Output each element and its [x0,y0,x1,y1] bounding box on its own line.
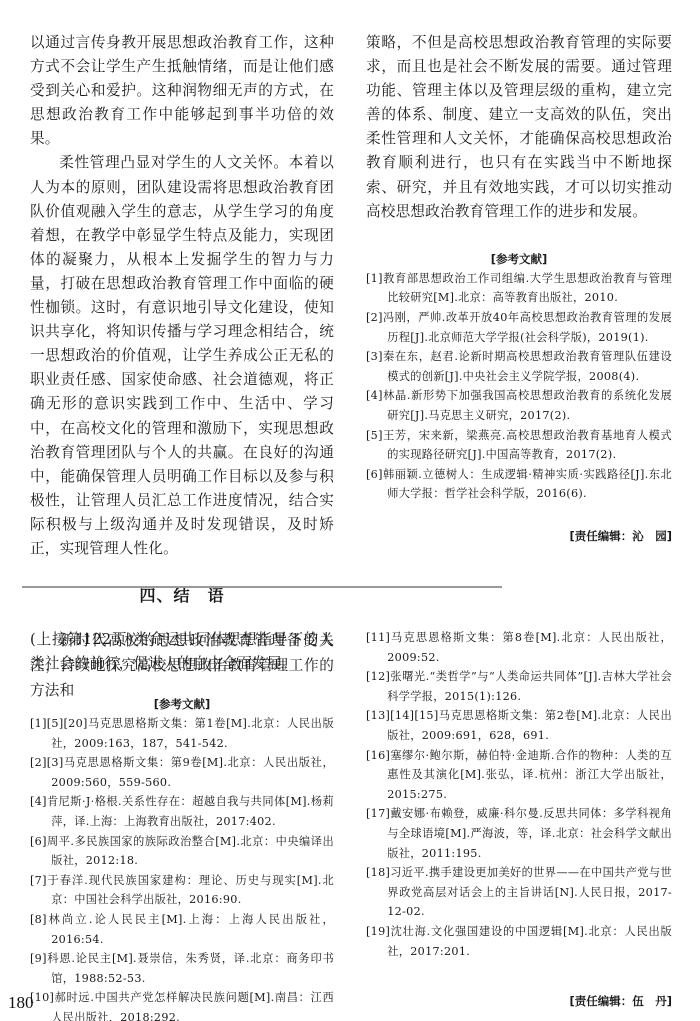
top-right-column: 策略，不但是高校思想政治教育管理的实际要求，而且也是社会不断发展的需要。通过管理… [366,31,672,544]
references-title: [参考文献] [30,696,334,712]
body-paragraph: 以通过言传身教开展思想政治教育工作，这种方式不会让学生产生抵触情绪，而是让他们感… [30,31,334,151]
reference-item: [18]习近平.携手建设更加美好的世界——在中国共产党与世界政党高层对话会上的主… [366,863,672,922]
responsible-editor: [责任编辑：伍 丹] [366,993,672,1009]
reference-item: [16]塞缪尔·鲍尔斯，赫伯特·金迪斯.合作的物种：人类的互惠性及其演化[M].… [366,746,672,805]
reference-item: [6]韩丽颖.立德树人：生成逻辑·精神实质·实践路径[J].东北师大学报：哲学社… [366,465,672,504]
reference-item: [6]周平.多民族国家的族际政治整合[M].北京：中央编译出版社，2012:18… [30,832,334,871]
top-left-column: 以通过言传身教开展思想政治教育工作，这种方式不会让学生产生抵触情绪，而是让他们感… [30,31,334,703]
reference-item: [11]马克思恩格斯文集：第8卷[M].北京：人民出版社，2009:52. [366,628,672,667]
references-list: [1][5][20]马克思恩格斯文集：第1卷[M].北京：人民出版社，2009:… [30,714,334,1021]
reference-item: [13][14][15]马克思恩格斯文集：第2卷[M].北京：人民出版社，200… [366,706,672,745]
body-paragraph: 柔性管理凸显对学生的人文关怀。本着以人为本的原则，团队建设需将思想政治教育团队价… [30,151,334,561]
reference-item: [1][5][20]马克思恩格斯文集：第1卷[M].北京：人民出版社，2009:… [30,714,334,753]
reference-item: [2]冯刚，严帅.改革开放40年高校思想政治教育管理的发展历程[J].北京师范大… [366,308,672,347]
body-paragraph: 策略，不但是高校思想政治教育管理的实际要求，而且也是社会不断发展的需要。通过管理… [366,31,672,224]
reference-item: [2][3]马克思恩格斯文集：第9卷[M].北京：人民出版社，2009:560，… [30,753,334,792]
continuation-paragraph: (上接第122页)类命运共同体思想指导下的人类社会的前行，促进人的自由全面发展。 [30,628,334,676]
references-title: [参考文献] [366,251,672,267]
references-list: [1]教育部思想政治工作司组编.大学生思想政治教育与管理比较研究[M].北京：高… [366,269,672,504]
references-list: [11]马克思恩格斯文集：第8卷[M].北京：人民出版社，2009:52. [1… [366,628,672,961]
page-number: 180 [8,993,34,1013]
bottom-left-column: (上接第122页)类命运共同体思想指导下的人类社会的前行，促进人的自由全面发展。… [30,628,334,1021]
reference-item: [3]秦在东，赵君.论新时期高校思想政治教育管理队伍建设模式的创新[J].中央社… [366,347,672,386]
reference-item: [8]林尚立.论人民民主[M].上海：上海人民出版社，2016:54. [30,910,334,949]
reference-item: [5]王芳，宋来新，梁燕亮.高校思想政治教育基地育人模式的实现路径研究[J].中… [366,426,672,465]
reference-item: [19]沈壮海.文化强国建设的中国逻辑[M].北京：人民出版社，2017:201… [366,922,672,961]
reference-item: [10]郝时远.中国共产党怎样解决民族问题[M].南昌：江西人民出版社，2018… [30,988,334,1021]
reference-item: [7]于春洋.现代民族国家建构：理论、历史与现实[M].北京：中国社会科学出版社… [30,871,334,910]
reference-item: [1]教育部思想政治工作司组编.大学生思想政治教育与管理比较研究[M].北京：高… [366,269,672,308]
reference-item: [4]林晶.新形势下加强我国高校思想政治教育的系统化发展研究[J].马克思主义研… [366,386,672,425]
article-divider [22,586,502,588]
reference-item: [17]戴安娜·布赖登，威廉·科尔曼.反思共同体：多学科视角与全球语境[M].严… [366,804,672,863]
reference-item: [12]张曙光.“类哲学”与“人类命运共同体”[J].吉林大学社会科学学报，20… [366,667,672,706]
reference-item: [9]科恩.论民主[M].聂崇信，朱秀贤，译.北京：商务印书馆，1988:52-… [30,949,334,988]
responsible-editor: [责任编辑：沁 园] [366,528,672,544]
reference-item: [4]肯尼斯·J·格根.关系性存在：超越自我与共同体[M].杨莉萍，译.上海：上… [30,792,334,831]
bottom-right-column: [11]马克思恩格斯文集：第8卷[M].北京：人民出版社，2009:52. [1… [366,628,672,1009]
